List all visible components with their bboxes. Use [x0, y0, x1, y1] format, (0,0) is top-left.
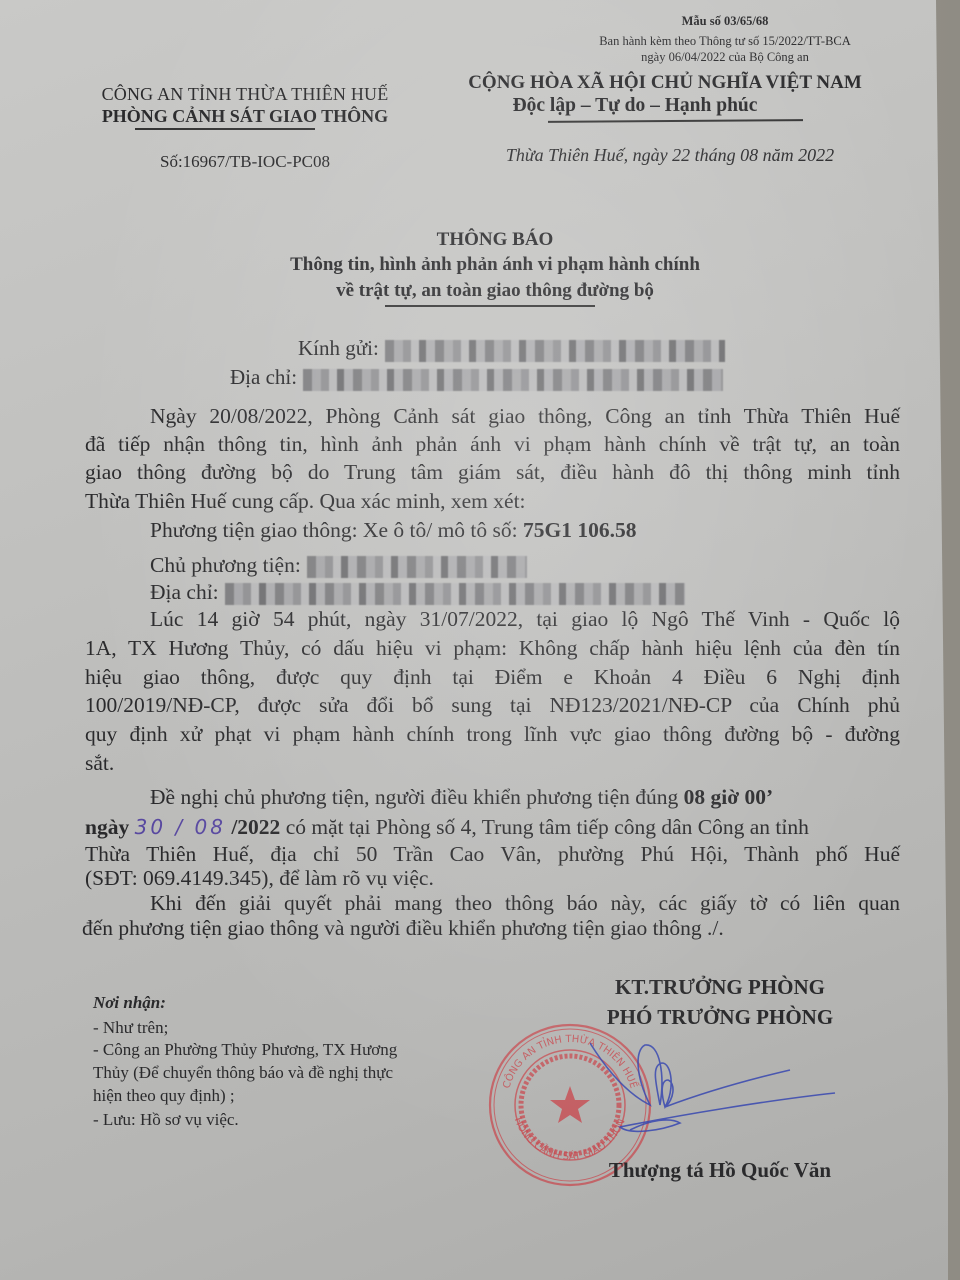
owner-address-line: Địa chỉ: — [85, 580, 900, 605]
address-label: Địa chỉ: — [230, 365, 297, 389]
department-name: PHÒNG CẢNH SÁT GIAO THÔNG — [60, 106, 430, 127]
addressee-address-row: Địa chỉ: — [230, 365, 723, 391]
form-issued-date: ngày 06/04/2022 của Bộ Công an — [545, 50, 905, 65]
parent-agency: CÔNG AN TỈNH THỪA THIÊN HUẾ — [60, 84, 430, 105]
redacted-addressee — [385, 340, 725, 362]
paragraph-line: 1A, TX Hương Thủy, có dấu hiệu vi phạm: … — [85, 636, 900, 661]
paragraph-line: sắt. — [85, 751, 900, 776]
summons-line-1: Đề nghị chủ phương tiện, người điều khiể… — [85, 785, 900, 810]
recipient-line: - Như trên; — [93, 1018, 168, 1038]
vehicle-label: Phương tiện giao thông: Xe ô tô/ mô tô s… — [150, 518, 523, 542]
vehicle-plate: 75G1 106.58 — [523, 518, 636, 542]
handwritten-signature-icon — [590, 1035, 860, 1155]
paragraph-line: hiệu giao thông, được quy định tại Điểm … — [85, 665, 900, 690]
recipient-line: hiện theo quy định) ; — [93, 1086, 235, 1106]
recipients-title: Nơi nhận: — [93, 993, 166, 1013]
paragraph-line: Ngày 20/08/2022, Phòng Cảnh sát giao thô… — [85, 404, 900, 429]
subtitle-underline — [385, 305, 595, 307]
paragraph-line: giao thông đường bộ do Trung tâm giám sá… — [85, 460, 900, 485]
form-issued-with: Ban hành kèm theo Thông tư số 15/2022/TT… — [545, 34, 905, 49]
owner-address-label: Địa chỉ: — [150, 580, 219, 604]
paragraph-line: Thừa Thiên Huế cung cấp. Qua xác minh, x… — [85, 489, 900, 514]
summons-day-label: ngày — [85, 815, 129, 839]
redacted-owner-address — [225, 583, 685, 605]
summons-year: /2022 — [231, 815, 280, 839]
handwritten-date: 30 / 08 — [135, 815, 226, 839]
owner-line: Chủ phương tiện: — [85, 553, 900, 578]
document-subtitle-1: Thông tin, hình ảnh phản ánh vi phạm hàn… — [220, 254, 770, 276]
country-name: CỘNG HÒA XÃ HỘI CHỦ NGHĨA VIỆT NAM — [430, 72, 900, 94]
paragraph-line: 100/2019/NĐ-CP, được sửa đổi bổ sung tại… — [85, 693, 900, 718]
addressee-label: Kính gửi: — [298, 336, 379, 360]
agency-underline — [135, 128, 315, 130]
closing-line: Khi đến giải quyết phải mang theo thông … — [85, 891, 900, 916]
summons-text: Đề nghị chủ phương tiện, người điều khiể… — [150, 785, 684, 809]
document-subtitle-2: về trật tự, an toàn giao thông đường bộ — [220, 280, 770, 302]
paragraph-line: Lúc 14 giờ 54 phút, ngày 31/07/2022, tại… — [85, 607, 900, 632]
paragraph-line: quy định xử phạt vi phạm hành chính tron… — [85, 722, 900, 747]
summons-line-3: Thừa Thiên Huế, địa chỉ 50 Trần Cao Vân,… — [85, 842, 900, 867]
document-page: Mẫu số 03/65/68 Ban hành kèm theo Thông … — [0, 0, 948, 1280]
document-number: Số:16967/TB-IOC-PC08 — [60, 152, 430, 172]
recipient-line: - Lưu: Hồ sơ vụ việc. — [93, 1110, 239, 1130]
signature-title-1: KT.TRƯỞNG PHÒNG — [560, 975, 880, 1000]
national-motto: Độc lập – Tự do – Hạnh phúc — [430, 95, 840, 117]
vehicle-line: Phương tiện giao thông: Xe ô tô/ mô tô s… — [85, 518, 900, 543]
redacted-owner — [307, 556, 527, 578]
motto-underline — [548, 119, 803, 122]
addressee-row: Kính gửi: — [298, 336, 725, 362]
paragraph-line: đã tiếp nhận thông tin, hình ảnh phản án… — [85, 432, 900, 457]
owner-label: Chủ phương tiện: — [150, 553, 301, 577]
summons-location: có mặt tại Phòng số 4, Trung tâm tiếp cô… — [280, 815, 809, 839]
summons-time: 08 giờ 00’ — [684, 785, 774, 809]
signature-title-2: PHÓ TRƯỞNG PHÒNG — [560, 1005, 880, 1030]
summons-line-2: ngày 30 / 08 /2022 có mặt tại Phòng số 4… — [85, 815, 900, 840]
recipient-line: - Công an Phường Thủy Phương, TX Hương — [93, 1040, 397, 1060]
recipient-line: Thủy (Để chuyển thông báo và đề nghị thự… — [93, 1063, 393, 1083]
summons-line-4: (SĐT: 069.4149.345), để làm rõ vụ việc. — [85, 866, 900, 891]
document-title: THÔNG BÁO — [230, 229, 760, 251]
signer-name: Thượng tá Hồ Quốc Văn — [560, 1158, 880, 1183]
form-number: Mẫu số 03/65/68 — [575, 14, 875, 29]
redacted-address — [303, 369, 723, 391]
closing-line: đến phương tiện giao thông và người điều… — [82, 916, 897, 941]
place-and-date: Thừa Thiên Huế, ngày 22 tháng 08 năm 202… — [440, 145, 900, 166]
